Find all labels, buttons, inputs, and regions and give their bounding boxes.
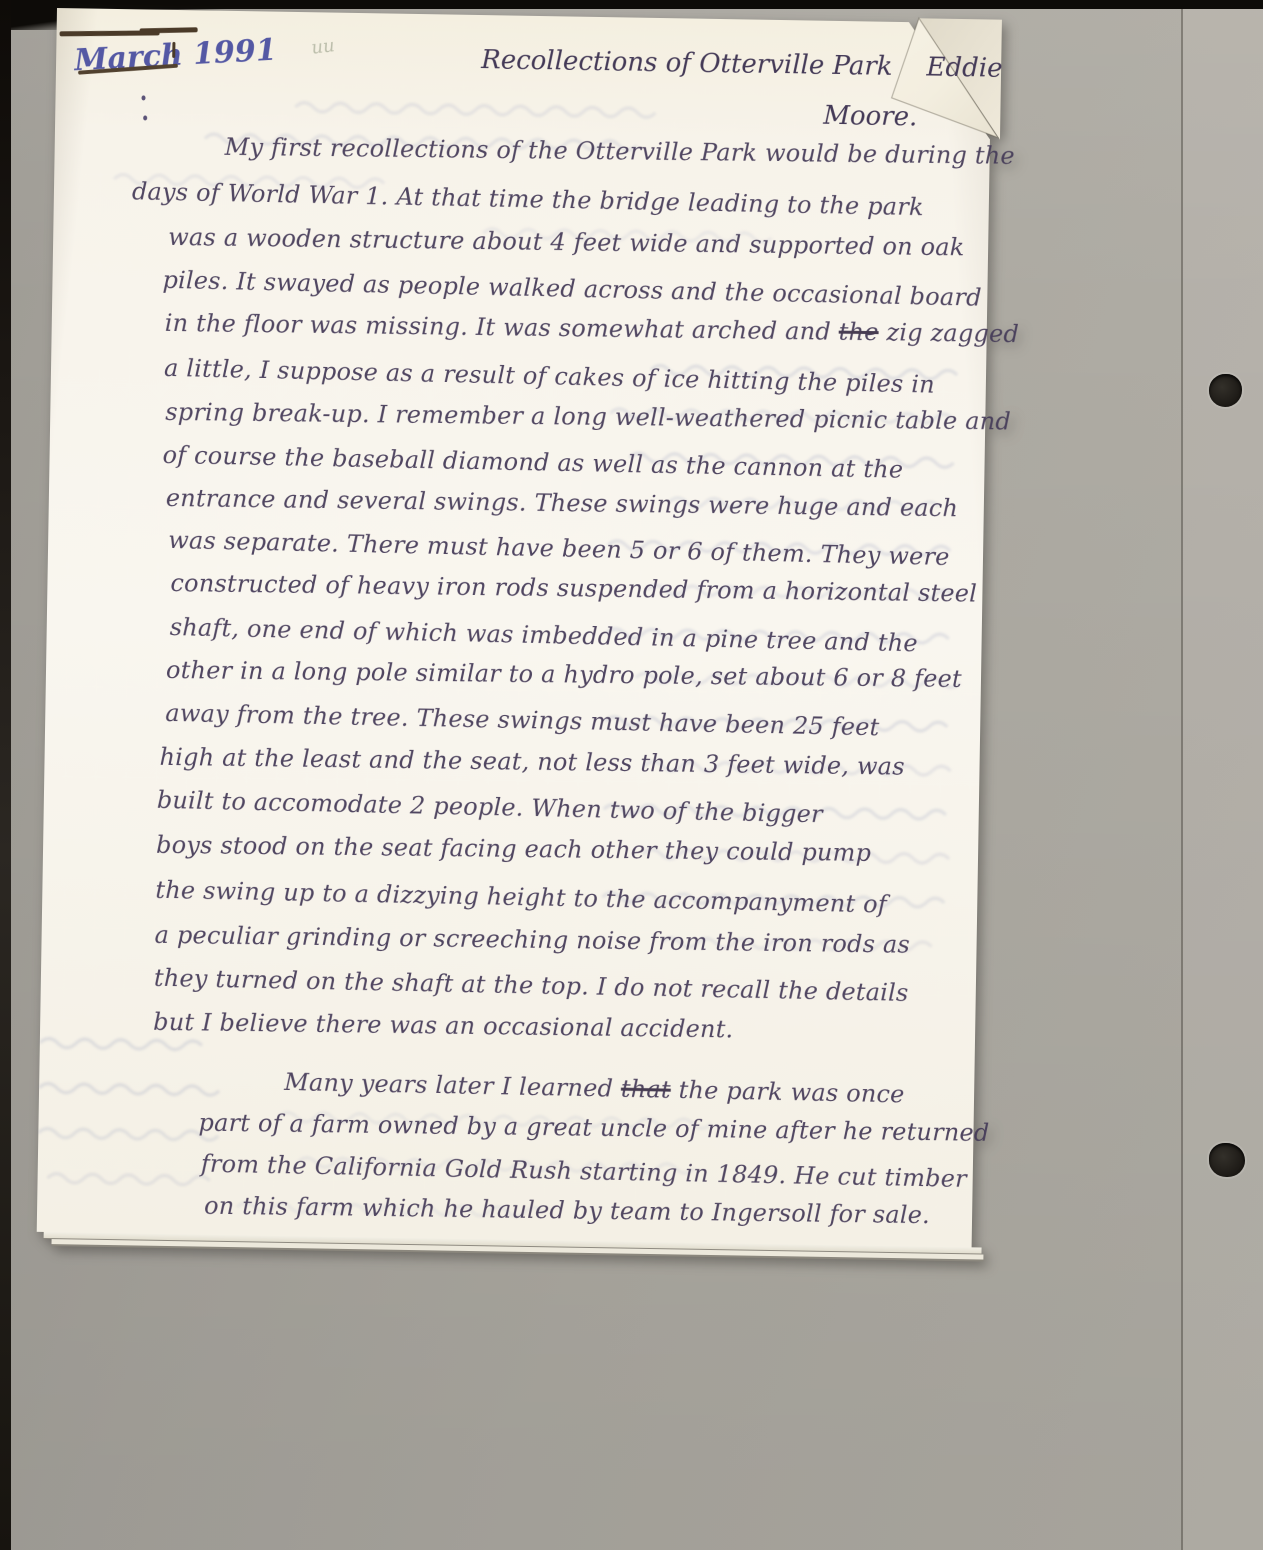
punch-hole-bottom xyxy=(1209,1143,1245,1177)
ink-dot xyxy=(141,95,145,100)
ink-strike-mark xyxy=(140,27,198,33)
ink-dot xyxy=(143,115,147,120)
pencil-scribble: uu xyxy=(310,35,336,59)
punch-hole-top xyxy=(1209,374,1242,407)
struck-word: the xyxy=(839,318,879,347)
mat-right-panel xyxy=(1183,7,1263,1550)
ink-tick-mark xyxy=(172,42,175,58)
folded-corner xyxy=(885,20,1007,157)
paper-sheet: March 1991 uu Recollections of Ottervill… xyxy=(37,8,992,1247)
scanned-photo: March 1991 uu Recollections of Ottervill… xyxy=(0,0,1263,1550)
ghost-line xyxy=(40,1038,202,1050)
title-author-gap xyxy=(892,75,926,76)
ghost-line xyxy=(38,1128,218,1140)
ghost-line xyxy=(39,1083,219,1095)
ghost-line xyxy=(48,1174,210,1186)
mat-seam-line xyxy=(1181,7,1183,1550)
ghost-line xyxy=(295,102,655,117)
photo-left-edge xyxy=(0,0,11,1550)
struck-word: that xyxy=(621,1075,671,1104)
author-last-name: Moore. xyxy=(823,101,918,133)
author-first-name: Eddie xyxy=(926,52,1002,83)
